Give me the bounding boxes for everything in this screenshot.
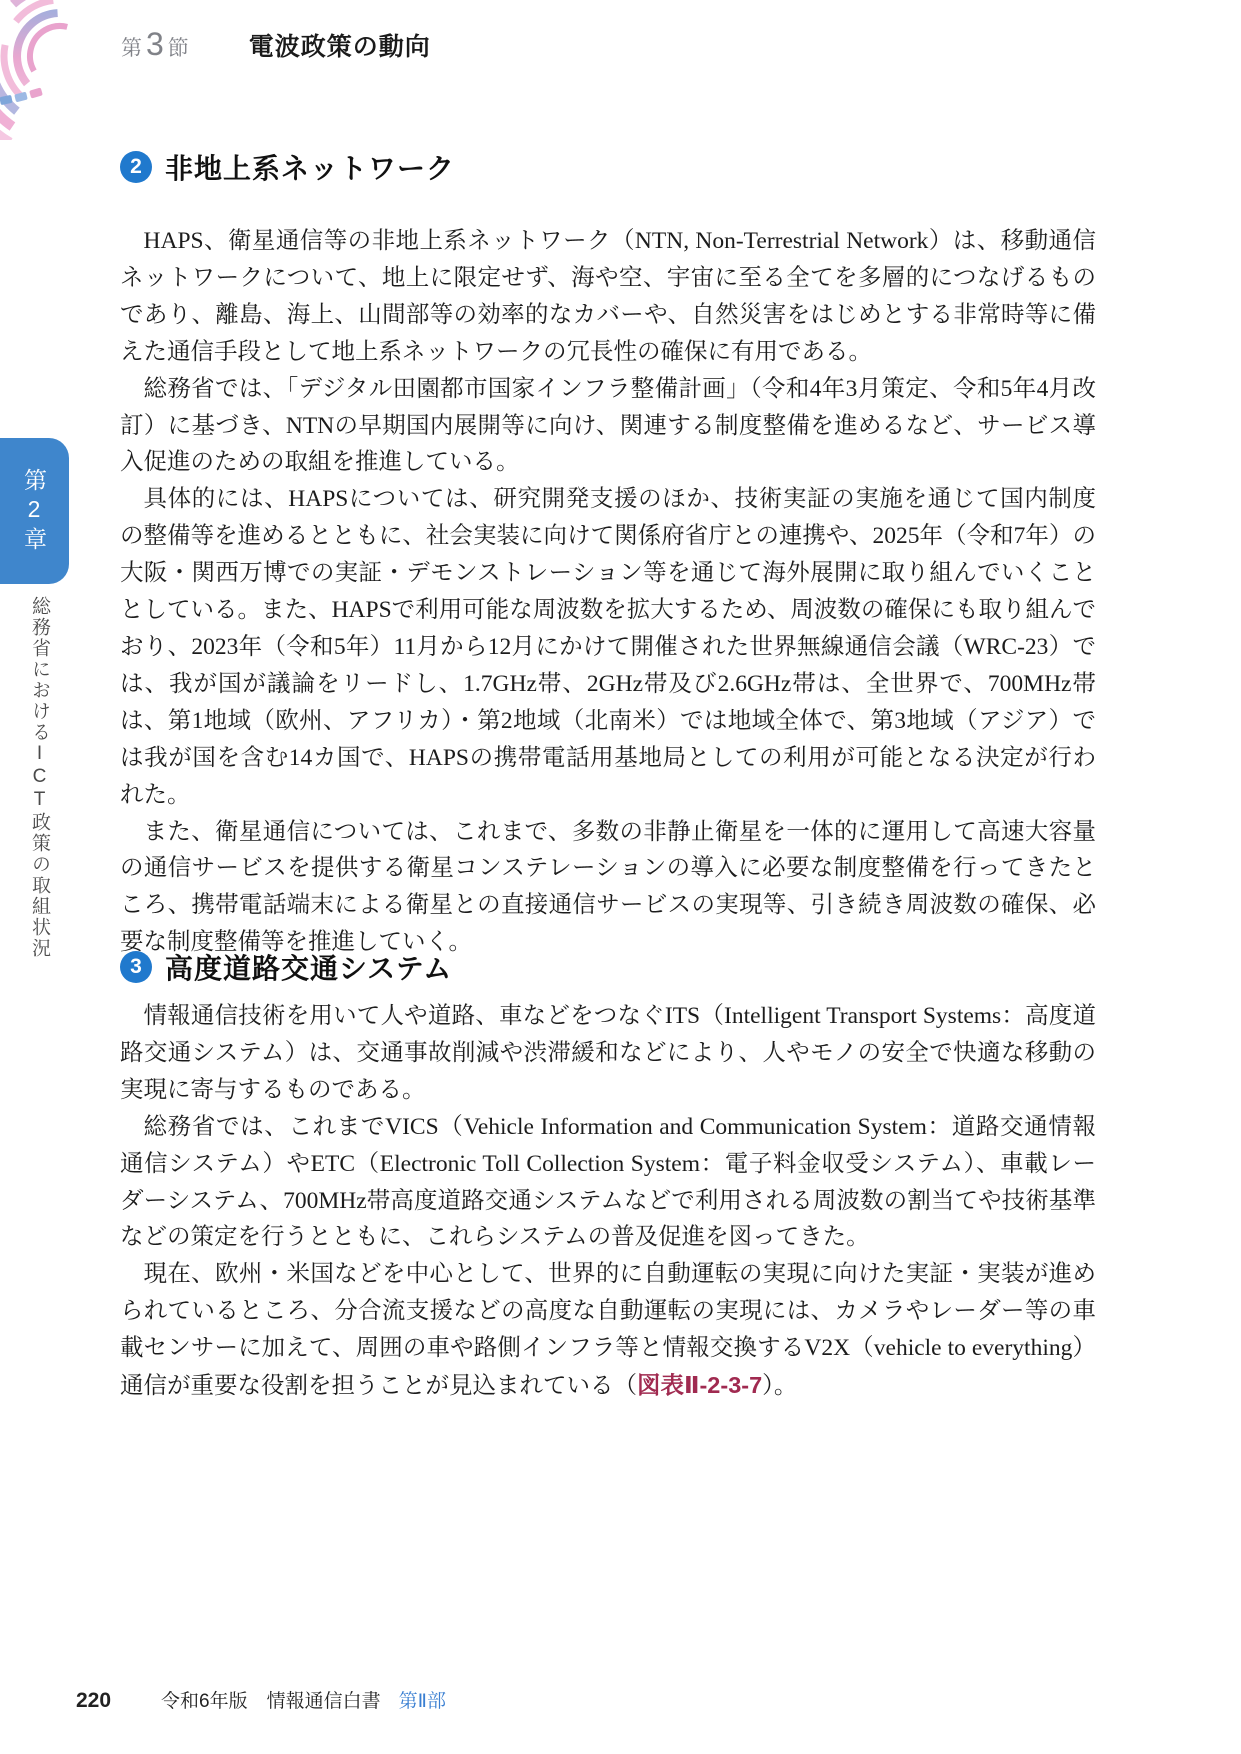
page-number: 220 [76, 1689, 111, 1713]
document-page: 第 3 節 電波政策の動向 第2章 総務省におけるICT政策の取組状況 2 非地… [0, 0, 1241, 1754]
figure-reference-link[interactable]: 図表Ⅱ-2-3-7 [637, 1372, 762, 1398]
body-paragraph: 情報通信技術を用いて人や道路、車などをつなぐITS（Intelligent Tr… [120, 998, 1096, 1109]
section-label-number: 3 [146, 26, 164, 63]
chapter-side-label: 総務省におけるICT政策の取組状況 [26, 596, 53, 959]
section-body-its: 情報通信技術を用いて人や道路、車などをつなぐITS（Intelligent Tr… [120, 998, 1096, 1405]
page-footer: 220 令和6年版 情報通信白書 第Ⅱ部 [76, 1686, 446, 1713]
body-paragraph: 具体的には、HAPSについては、研究開発支援のほか、技術実証の実施を通じて国内制… [120, 481, 1096, 813]
page-title: 電波政策の動向 [249, 27, 431, 63]
section-number-badge: 3 [120, 951, 152, 983]
section-number-badge: 2 [120, 151, 152, 183]
section-label-suffix: 節 [168, 32, 189, 62]
body-paragraph: HAPS、衛星通信等の非地上系ネットワーク（NTN, Non-Terrestri… [120, 223, 1096, 371]
footer-part-label: 第Ⅱ部 [399, 1686, 446, 1713]
section-heading-text: 非地上系ネットワーク [165, 147, 455, 187]
body-paragraph: 総務省では、これまでVICS（Vehicle Information and C… [120, 1109, 1096, 1257]
section-body-ntn: HAPS、衛星通信等の非地上系ネットワーク（NTN, Non-Terrestri… [120, 223, 1096, 961]
chapter-tab-label: 第2章 [18, 468, 51, 555]
paragraph-text: 現在、欧州・米国などを中心として、世界的に自動運転の実現に向けた実証・実装が進め… [120, 1261, 1096, 1399]
body-paragraph: 現在、欧州・米国などを中心として、世界的に自動運転の実現に向けた実証・実装が進め… [120, 1256, 1096, 1405]
section-label-prefix: 第 [121, 32, 142, 62]
chapter-tab: 第2章 [0, 438, 69, 584]
section-heading-ntn: 2 非地上系ネットワーク [120, 147, 455, 187]
body-paragraph: また、衛星通信については、これまで、多数の非静止衛星を一体的に運用して高速大容量… [120, 814, 1096, 962]
section-heading-text: 高度道路交通システム [165, 947, 452, 987]
decorative-arcs [0, 0, 172, 140]
page-header: 第 3 節 電波政策の動向 [121, 26, 431, 63]
paragraph-text: ）。 [762, 1373, 797, 1399]
body-paragraph: 総務省では、「デジタル田園都市国家インフラ整備計画」（令和4年3月策定、令和5年… [120, 371, 1096, 482]
section-heading-its: 3 高度道路交通システム [120, 947, 452, 987]
footer-edition: 令和6年版 情報通信白書 [161, 1686, 381, 1713]
